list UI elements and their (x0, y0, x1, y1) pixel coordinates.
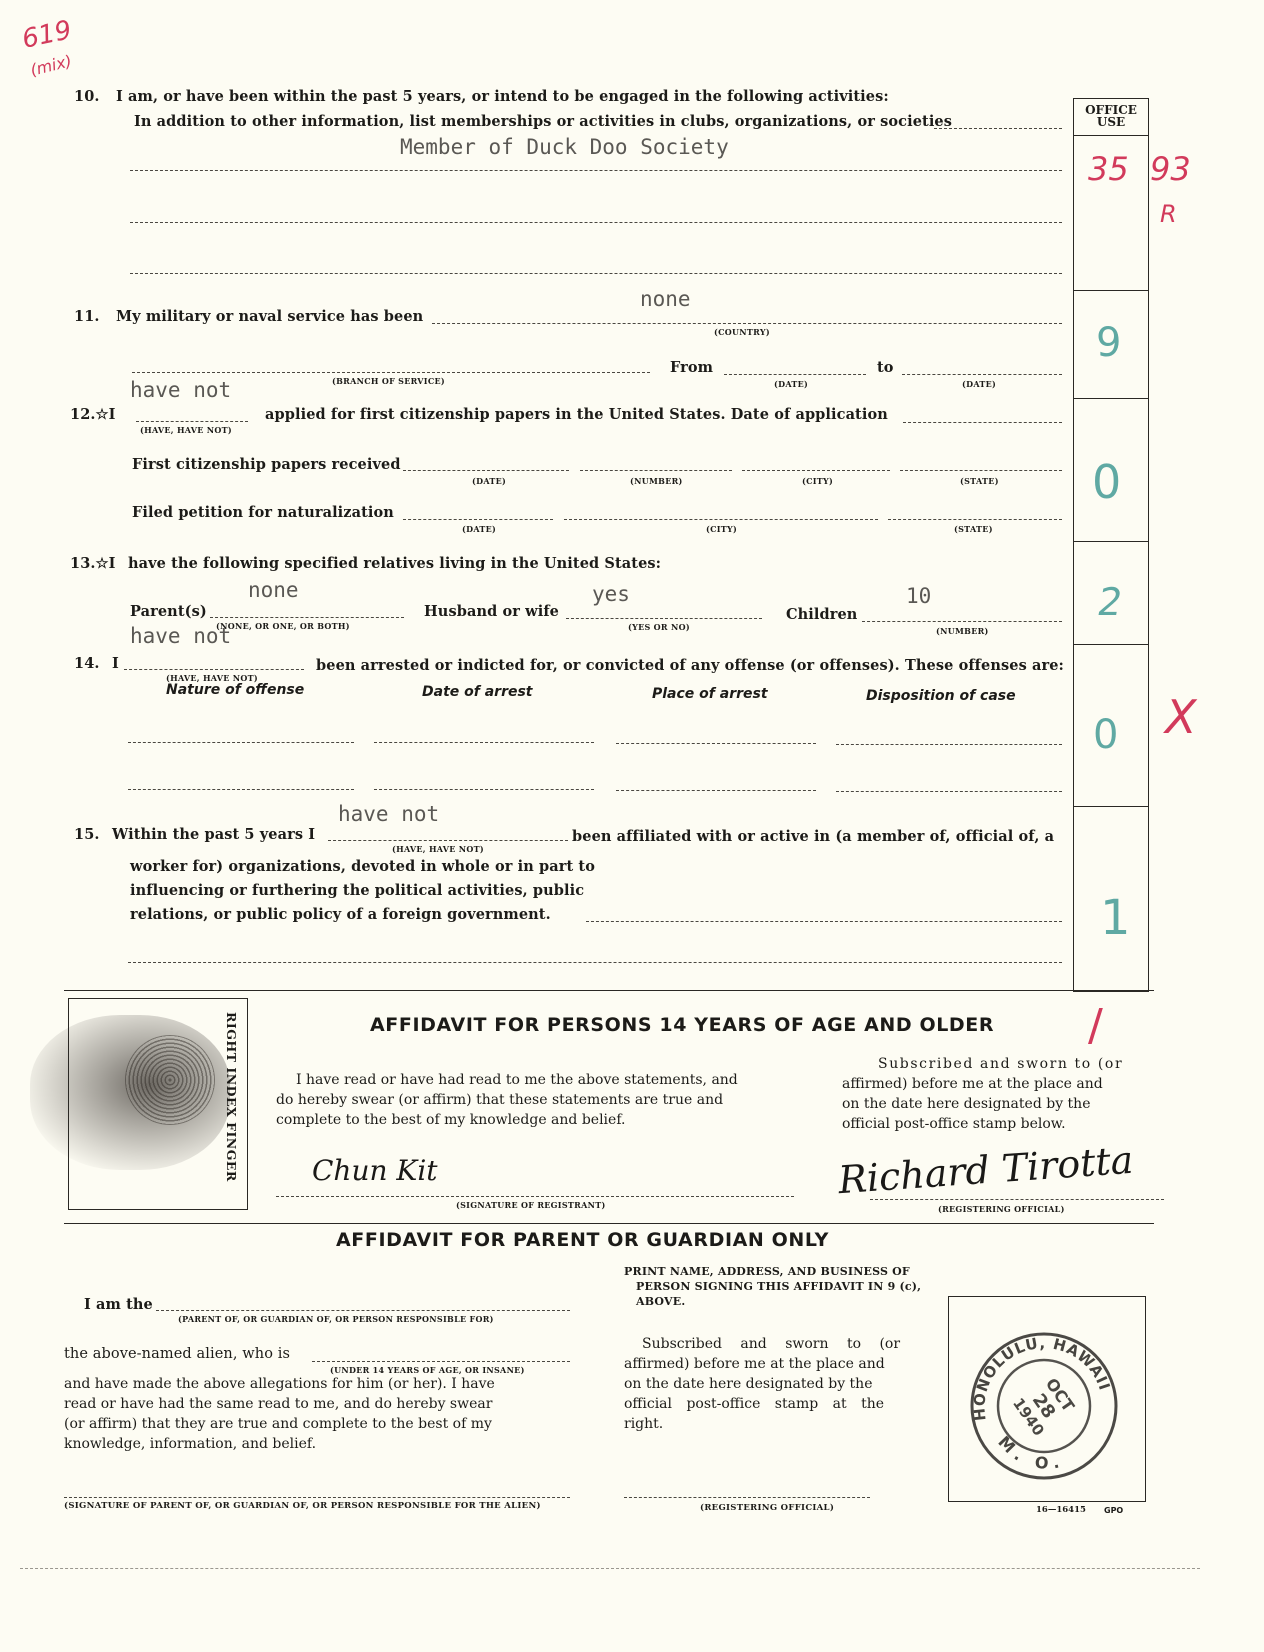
q12-first-papers-state[interactable] (900, 470, 1062, 471)
q11-country-field[interactable] (432, 323, 1062, 324)
affidavit-adult-sworn: Subscribed and sworn to (or affirmed) be… (842, 1054, 1162, 1134)
q14-col-disposition: Disposition of case (866, 688, 1016, 704)
registrant-signature[interactable]: Chun Kit (312, 1154, 438, 1187)
q14-row2-nature[interactable] (128, 789, 354, 790)
official-signature[interactable]: Richard Tirotta (837, 1138, 1135, 1203)
q13-children-answer[interactable]: 10 (906, 584, 931, 608)
q12-first-papers-number[interactable] (580, 470, 732, 471)
q12-caption-petition-state: (STATE) (954, 524, 993, 534)
q12-first-papers-label: First citizenship papers received (132, 456, 401, 473)
q12-caption-petition-city: (CITY) (706, 524, 737, 534)
q14-row1-disposition[interactable] (836, 744, 1062, 745)
q15-have-field[interactable] (328, 840, 568, 841)
q13-spouse-answer[interactable]: yes (592, 582, 630, 606)
q10-answer[interactable]: Member of Duck Doo Society (400, 135, 729, 159)
q11-to-field[interactable] (902, 374, 1062, 375)
guardian-official-caption: (REGISTERING OFFICIAL) (700, 1503, 834, 1513)
q12-text: applied for first citizenship papers in … (265, 406, 888, 423)
affidavit-guardian-title: AFFIDAVIT FOR PARENT OR GUARDIAN ONLY (336, 1229, 829, 1251)
q12-caption-petition-date: (DATE) (462, 524, 496, 534)
margin-note-mix: (mix) (28, 51, 73, 80)
official-signature-line[interactable] (870, 1199, 1164, 1200)
guardian-body: and have made the above allegations for … (64, 1374, 584, 1454)
margin-note-619: 619 (19, 15, 74, 55)
q14-answer[interactable]: have not (130, 624, 231, 648)
q14-row2-disposition[interactable] (836, 791, 1062, 792)
form-number: 16—16415 (1036, 1505, 1086, 1515)
registrant-signature-line[interactable] (276, 1196, 794, 1197)
q10-line-b[interactable] (130, 222, 1062, 223)
q12-caption-city: (CITY) (802, 476, 833, 486)
q14-have-field[interactable] (124, 669, 304, 670)
office-use-cell-3: 0 (1092, 455, 1121, 509)
q12-petition-date[interactable] (403, 519, 553, 520)
q15-caption-have: (HAVE, HAVE NOT) (392, 844, 484, 854)
guardian-i-am-the: I am the (84, 1296, 153, 1313)
q13-parents-answer[interactable]: none (248, 578, 299, 602)
guardian-print-instructions: PRINT NAME, ADDRESS, AND BUSINESS OF PER… (624, 1264, 954, 1309)
office-use-cell-2: 9 (1096, 320, 1121, 366)
q13-children-caption: (NUMBER) (936, 626, 989, 636)
q14-text: been arrested or indicted for, or convic… (316, 657, 1064, 674)
office-use-header: OFFICE USE (1073, 104, 1149, 128)
q13-parents-field[interactable] (210, 617, 404, 618)
q15-line2: worker for) organizations, devoted in wh… (130, 858, 595, 875)
q10-line-a[interactable] (130, 170, 1062, 171)
q11-number: 11. (74, 308, 100, 325)
q14-i: I (112, 655, 119, 672)
q12-first-papers-city[interactable] (742, 470, 890, 471)
q10-number: 10. (74, 88, 100, 105)
guardian-relationship-caption: (PARENT OF, OR GUARDIAN OF, OR PERSON RE… (178, 1314, 494, 1324)
affidavit-tick-mark: / (1088, 1000, 1103, 1051)
q14-col-date: Date of arrest (422, 684, 533, 700)
q10-line-c[interactable] (130, 273, 1062, 274)
q13-text: have the following specified relatives l… (128, 555, 661, 572)
office-use-cell-5: 0 (1093, 712, 1118, 758)
q15-answer[interactable]: have not (338, 802, 439, 826)
q11-caption-to-date: (DATE) (962, 379, 996, 389)
affidavit-adult-title: AFFIDAVIT FOR PERSONS 14 YEARS OF AGE AN… (370, 1014, 994, 1036)
q14-row1-date[interactable] (374, 742, 594, 743)
q14-row1-nature[interactable] (128, 742, 354, 743)
q12-have-field[interactable] (136, 421, 248, 422)
q12-caption-number: (NUMBER) (630, 476, 683, 486)
q13-parents-label: Parent(s) (130, 603, 207, 620)
q11-caption-from-date: (DATE) (774, 379, 808, 389)
q11-branch-field[interactable] (132, 372, 650, 373)
q15-label: Within the past 5 years I (112, 826, 315, 843)
office-use-cell-1: 35 (1088, 150, 1129, 188)
official-signature-caption: (REGISTERING OFFICIAL) (938, 1204, 1065, 1214)
guardian-relationship-field[interactable] (156, 1310, 570, 1311)
q12-petition-label: Filed petition for naturalization (132, 504, 394, 521)
q10-line2: In addition to other information, list m… (134, 113, 952, 130)
q13-spouse-field[interactable] (566, 618, 762, 619)
q12-first-papers-date[interactable] (403, 470, 569, 471)
registrant-signature-caption: (SIGNATURE OF REGISTRANT) (456, 1200, 606, 1210)
q15-line3: influencing or furthering the political … (130, 882, 584, 899)
q13-number: 13.☆I (70, 555, 116, 572)
q15-line-b[interactable] (128, 962, 1062, 963)
guardian-alien-who-is: the above-named alien, who is (64, 1346, 290, 1362)
office-note-r: R (1160, 200, 1177, 228)
q12-caption-have: (HAVE, HAVE NOT) (140, 425, 232, 435)
q14-col-place: Place of arrest (652, 686, 768, 702)
q11-label: My military or naval service has been (116, 308, 423, 325)
q12-caption-date: (DATE) (472, 476, 506, 486)
office-note-x: X (1165, 690, 1197, 744)
q13-spouse-label: Husband or wife (424, 603, 559, 620)
q11-caption-branch: (BRANCH OF SERVICE) (332, 376, 445, 386)
q15-line1-rest: been affiliated with or active in (a mem… (572, 828, 1054, 845)
affidavit-adult-statement: I have read or have had read to me the a… (276, 1070, 816, 1130)
q14-row1-place[interactable] (616, 743, 816, 744)
q14-row2-place[interactable] (616, 790, 816, 791)
q10-line1: I am, or have been within the past 5 yea… (116, 88, 889, 105)
office-use-box (1073, 98, 1149, 992)
q11-from-field[interactable] (724, 374, 866, 375)
perforation-line (20, 1568, 1200, 1569)
q15-number: 15. (74, 826, 100, 843)
q14-number: 14. (74, 655, 100, 672)
office-use-cell-6: 1 (1100, 890, 1131, 946)
q12-caption-state: (STATE) (960, 476, 999, 486)
fingerprint-box (68, 998, 248, 1210)
office-note-93: 93 (1150, 150, 1191, 188)
q11-to-label: to (877, 359, 894, 376)
guardian-alien-status-field[interactable] (312, 1361, 570, 1362)
q14-col-nature: Nature of offense (166, 682, 304, 698)
q13-spouse-caption: (YES OR NO) (628, 622, 690, 632)
guardian-sworn: Subscribed and sworn to (or affirmed) be… (624, 1334, 924, 1434)
q15-line4: relations, or public policy of a foreign… (130, 906, 551, 923)
q11-answer[interactable]: none (640, 287, 691, 311)
fingerprint-label: RIGHT INDEX FINGER (224, 1012, 244, 1192)
guardian-signature-line[interactable] (64, 1497, 570, 1498)
q12-answer[interactable]: have not (130, 378, 231, 402)
q12-date-of-application-field[interactable] (903, 422, 1062, 423)
q12-number: 12.☆I (70, 406, 116, 423)
q11-from-label: From (670, 359, 713, 376)
guardian-signature-caption: (SIGNATURE OF PARENT OF, OR GUARDIAN OF,… (64, 1501, 541, 1511)
q12-petition-city[interactable] (564, 519, 878, 520)
q15-line-a[interactable] (586, 921, 1062, 922)
q13-children-label: Children (786, 606, 857, 623)
q12-petition-state[interactable] (888, 519, 1062, 520)
q13-parents-caption: (NONE, OR ONE, OR BOTH) (216, 621, 350, 631)
q13-children-field[interactable] (862, 621, 1062, 622)
q14-row2-date[interactable] (374, 789, 594, 790)
printer-mark: GPO (1104, 1506, 1123, 1515)
q11-caption-country: (COUNTRY) (714, 327, 770, 337)
guardian-official-signature-line[interactable] (624, 1497, 870, 1498)
postmark-stamp: HONOLULU, HAWAII M. O. B. OCT 28 1940 (968, 1330, 1120, 1482)
